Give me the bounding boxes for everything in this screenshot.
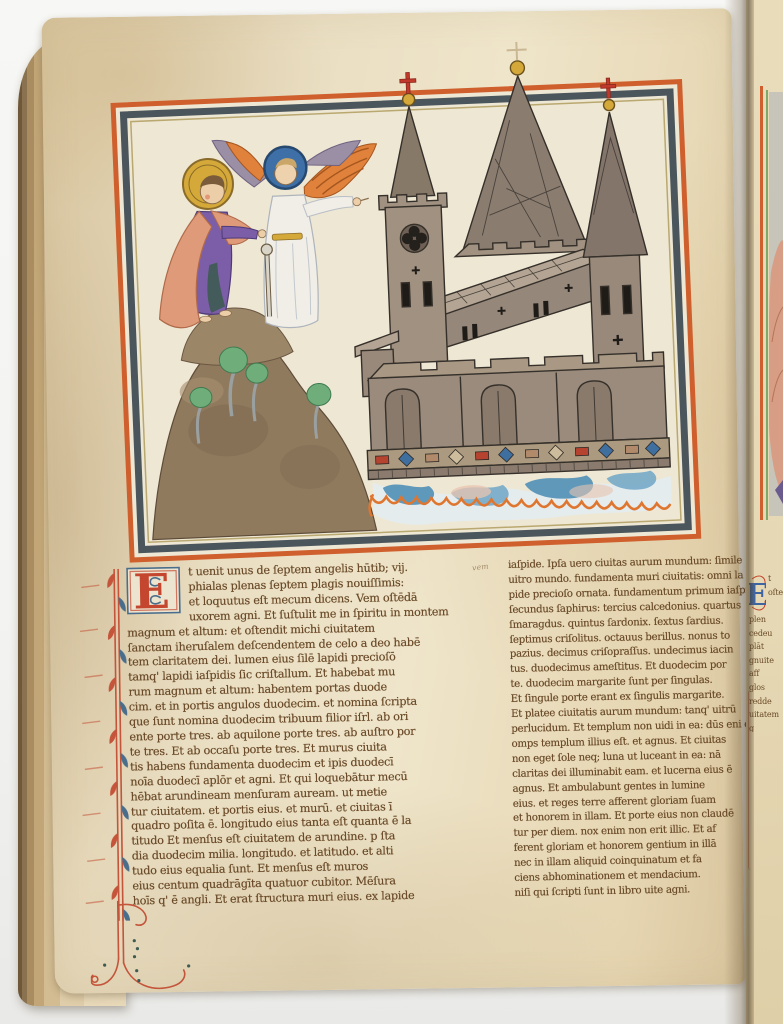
marginal-note: vem bbox=[472, 561, 490, 572]
text-block: vem E t uenit unus de ſeptem angelis hūt… bbox=[126, 555, 723, 927]
gold-orb-left bbox=[402, 93, 414, 105]
facing-miniature-art bbox=[769, 92, 783, 516]
margin-flourish bbox=[90, 899, 271, 1002]
miniature-panel bbox=[102, 31, 705, 572]
gold-orb-center bbox=[510, 61, 525, 76]
svg-text:E: E bbox=[133, 566, 170, 614]
facing-frame-orange bbox=[760, 86, 763, 520]
drop-cap-initial-E: E bbox=[126, 566, 183, 614]
prick-marks bbox=[75, 573, 114, 933]
facing-miniature-fragment bbox=[760, 86, 783, 520]
facing-frame-green bbox=[766, 90, 768, 520]
gold-belt bbox=[272, 233, 302, 240]
miniature-illustration bbox=[102, 31, 705, 572]
manuscript-page: vem E t uenit unus de ſeptem angelis hūt… bbox=[41, 8, 745, 994]
gutter-shadow bbox=[724, 0, 754, 1024]
sketched-cross bbox=[506, 42, 527, 61]
text-column-left: E t uenit unus de ſeptem angelis hūtib; … bbox=[126, 560, 459, 918]
gold-orb-right bbox=[603, 99, 614, 110]
